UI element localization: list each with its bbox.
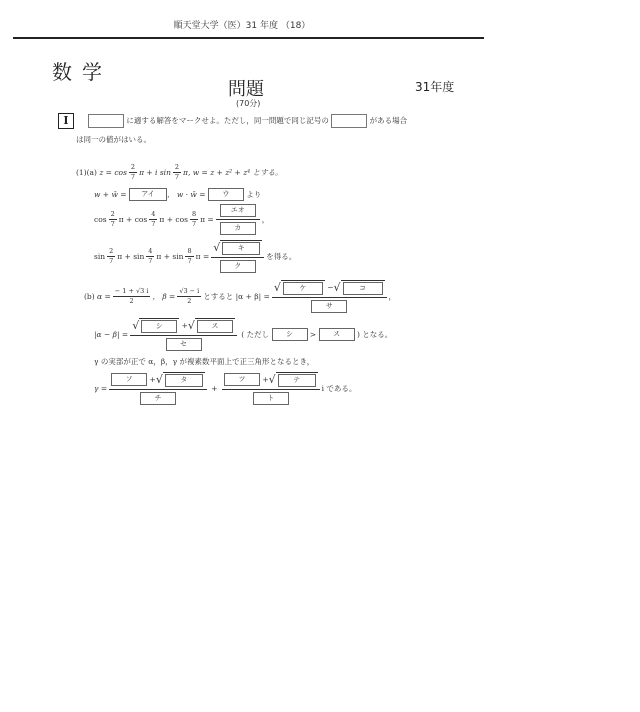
abs-sum: とすると |α + β| = — [203, 291, 270, 302]
answer-box-su[interactable]: ス — [197, 320, 233, 333]
answer-box-tsu[interactable]: ツ — [224, 373, 260, 386]
exam-year: 31年度 — [415, 78, 454, 95]
answer-fraction: √シ + √ス セ — [130, 318, 237, 351]
gamma-line: γ = ソ + √タ チ + ツ + √テ ト i である。 — [94, 372, 356, 405]
fraction: 27 — [107, 248, 115, 265]
sqrt-icon: √ス — [188, 318, 235, 333]
sin-term: π + sin — [156, 252, 183, 261]
sqrt-icon: √テ — [269, 372, 318, 387]
part-1b-line: (b) α = − 1 + √3 i2 ， β = √3 − i2 とすると |… — [84, 280, 396, 313]
abs-diff-line: |α − β| = √シ + √ス セ ( ただし シ > ス ) となる。 — [94, 318, 392, 351]
answer-blank-sample-2 — [331, 114, 367, 128]
answer-box-ka[interactable]: カ — [220, 222, 256, 235]
part-1a-definition: (1)(a) z = cos 27 π + i sin 27 π, w = z … — [76, 164, 283, 181]
answer-fraction: ソ + √タ チ — [109, 372, 207, 405]
sin-term: π = — [196, 252, 210, 261]
answer-box-ku[interactable]: ク — [220, 260, 256, 273]
fraction: 47 — [149, 211, 157, 228]
answer-box-shi-2[interactable]: シ — [272, 328, 308, 341]
numerator: √3 − i — [177, 288, 201, 297]
numerator: 2 — [173, 164, 181, 173]
instructions-text-3: は同一の値がはいる。 — [76, 134, 151, 145]
answer-box-te[interactable]: テ — [278, 374, 316, 387]
denominator: 7 — [151, 220, 155, 228]
part-label: (1)(a) — [76, 168, 97, 177]
numerator: 2 — [107, 248, 115, 257]
tonaru-text: ) となる。 — [357, 329, 392, 340]
fraction: 87 — [185, 248, 193, 265]
beta-def: ， β = — [152, 291, 175, 302]
numerator: 4 — [149, 211, 157, 220]
fraction: − 1 + √3 i2 — [113, 288, 151, 305]
instructions-text-1: に適する解答をマークせよ。ただし，同一問題で同じ記号の — [126, 116, 329, 125]
cos-sum-line: cos 27 π + cos 47 π + cos 87 π = エオ カ ， — [94, 203, 269, 235]
answer-box-u[interactable]: ウ — [208, 188, 244, 201]
cos-term: π + cos — [159, 215, 188, 224]
w-plus-wbar: w + w̄ = — [94, 190, 127, 199]
answer-fraction: √キ ク — [211, 240, 264, 273]
sqrt-icon: √ケ — [274, 280, 325, 295]
cos-term: π + cos — [119, 215, 148, 224]
problem-number: I — [58, 113, 74, 129]
instructions: に適する解答をマークせよ。ただし，同一問題で同じ記号の がある場合 — [88, 114, 407, 128]
sqrt-icon: √キ — [213, 240, 262, 255]
answer-box-chi[interactable]: チ — [140, 392, 176, 405]
answer-box-ke[interactable]: ケ — [283, 282, 323, 295]
answer-box-so[interactable]: ソ — [111, 373, 147, 386]
numerator: 2 — [109, 211, 117, 220]
answer-blank-sample — [88, 114, 124, 128]
answer-fraction: ツ + √テ ト — [222, 372, 320, 405]
sin-term: π + sin — [117, 252, 144, 261]
w-times-wbar: ， w · w̄ = — [167, 189, 206, 200]
fraction: 27 — [109, 211, 117, 228]
denominator: 7 — [148, 257, 152, 265]
header-rule — [13, 37, 484, 39]
denominator: 7 — [131, 173, 135, 181]
answer-box-su-2[interactable]: ス — [319, 328, 355, 341]
answer-box-eo[interactable]: エオ — [220, 204, 256, 217]
answer-box-to[interactable]: ト — [253, 392, 289, 405]
running-header: 順天堂大学（医）31 年度 （18） — [0, 18, 484, 31]
denominator: 7 — [109, 257, 113, 265]
numerator: 2 — [129, 164, 137, 173]
cos-term: cos — [94, 215, 107, 224]
sin-term: sin — [94, 252, 105, 261]
numerator: − 1 + √3 i — [113, 288, 151, 297]
numerator: 4 — [146, 248, 154, 257]
fraction: √3 − i2 — [177, 288, 201, 305]
sqrt-icon: √タ — [156, 372, 205, 387]
denominator: 2 — [130, 297, 134, 305]
answer-box-shi[interactable]: シ — [141, 320, 177, 333]
abs-diff: |α − β| = — [94, 330, 128, 339]
denominator: 7 — [192, 220, 196, 228]
sqrt-icon: √コ — [334, 280, 385, 295]
def-w: π, w = z + z² + z⁴ とする。 — [183, 167, 283, 178]
answer-fraction: √ケ − √コ サ — [272, 280, 387, 313]
answer-fraction: エオ カ — [216, 203, 260, 235]
fraction: 47 — [146, 248, 154, 265]
numerator: 8 — [185, 248, 193, 257]
instructions-text-2: がある場合 — [370, 116, 408, 125]
wo-eru-text: を得る。 — [266, 251, 296, 262]
def-z: z = cos — [99, 168, 127, 177]
part-label: (b) — [84, 292, 95, 301]
yori-text: より — [246, 189, 261, 200]
fraction: 27 — [173, 164, 181, 181]
gamma-eq: γ = — [94, 384, 107, 393]
cos-term: π = — [200, 215, 214, 224]
duration: (70分) — [236, 98, 260, 109]
denominator: 7 — [175, 173, 179, 181]
greater-than: > — [310, 330, 316, 339]
answer-box-sa[interactable]: サ — [311, 300, 347, 313]
answer-box-se[interactable]: セ — [166, 338, 202, 351]
denominator: 7 — [187, 257, 191, 265]
i-dearu-text: i である。 — [322, 383, 357, 394]
comma: ， — [389, 291, 397, 302]
w-sum-line: w + w̄ = アイ ， w · w̄ = ウ より — [94, 188, 261, 201]
denominator: 7 — [111, 220, 115, 228]
answer-box-ki[interactable]: キ — [222, 242, 260, 255]
fraction: 87 — [190, 211, 198, 228]
comma: ， — [262, 214, 270, 225]
answer-box-ko[interactable]: コ — [343, 282, 383, 295]
subject-title: 数学 — [52, 56, 112, 85]
sqrt-icon: √シ — [132, 318, 179, 333]
sin-sum-line: sin 27 π + sin 47 π + sin 87 π = √キ ク を得… — [94, 240, 296, 273]
denominator: 2 — [187, 297, 191, 305]
answer-box-ta[interactable]: タ — [165, 374, 203, 387]
alpha-def: α = — [97, 292, 111, 301]
answer-box-ai[interactable]: アイ — [129, 188, 167, 201]
plus: + — [211, 384, 217, 393]
numerator: 8 — [190, 211, 198, 220]
fraction: 27 — [129, 164, 137, 181]
tadashi-text: ( ただし — [241, 329, 269, 340]
gamma-condition: γ の実部が正で α，β，γ が複素数平面上で正三角形となるとき， — [94, 356, 314, 367]
def-isin: π + i sin — [139, 168, 171, 177]
